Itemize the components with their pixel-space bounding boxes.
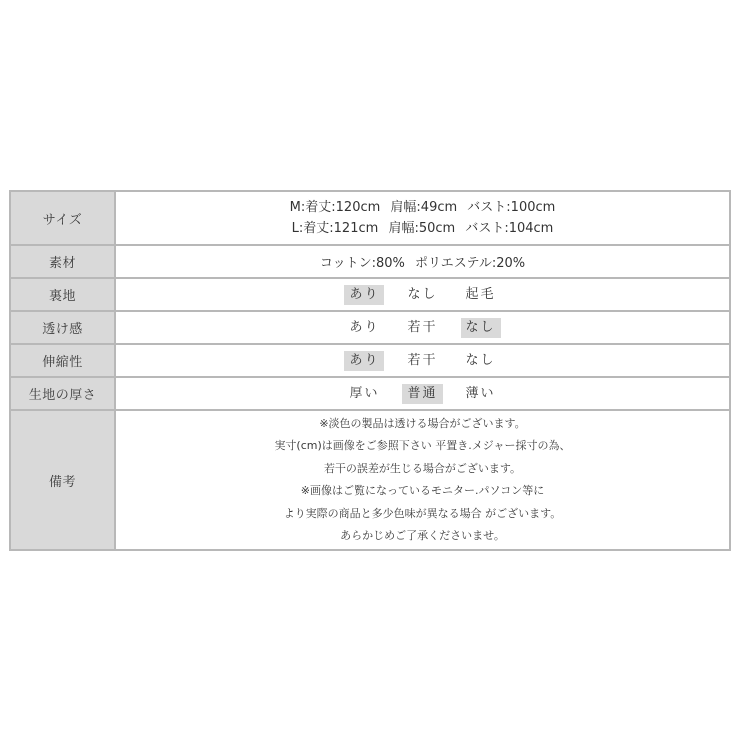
sheerness-option-ari: あり: [344, 318, 384, 338]
size-length-l: L:着丈:121cm: [292, 221, 379, 236]
spec-row-stretch: 伸縮性 あり 若干 なし: [10, 344, 730, 377]
row-label-notes: 備考: [10, 410, 115, 550]
size-shoulder-l: 肩幅:50cm: [388, 221, 455, 236]
size-bust-m: バスト:100cm: [467, 200, 555, 215]
size-line-l: L:着丈:121cm 肩幅:50cm バスト:104cm: [116, 218, 729, 239]
notes-line: 若干の誤差が生じる場合がございます。: [116, 458, 729, 481]
size-line-m: M:着丈:120cm 肩幅:49cm バスト:100cm: [116, 197, 729, 218]
lining-option-nashi: なし: [402, 285, 442, 305]
sheerness-options: あり 若干 なし: [115, 311, 730, 344]
spec-row-notes: 備考 ※淡色の製品は透ける場合がございます。 実寸(cm)は画像をご参照下さい …: [10, 410, 730, 550]
spec-row-sheerness: 透け感 あり 若干 なし: [10, 311, 730, 344]
material-values: コットン:80% ポリエステル:20%: [115, 245, 730, 278]
thickness-option-normal: 普通: [402, 384, 442, 404]
stretch-option-ari: あり: [344, 351, 384, 371]
size-shoulder-m: 肩幅:49cm: [390, 200, 457, 215]
lining-option-brushed: 起毛: [461, 285, 501, 305]
size-bust-l: バスト:104cm: [465, 221, 553, 236]
thickness-options: 厚い 普通 薄い: [115, 377, 730, 410]
notes-line: 実寸(cm)は画像をご参照下さい 平置き.メジャー採寸の為、: [116, 435, 729, 458]
row-label-lining: 裏地: [10, 278, 115, 311]
lining-options: あり なし 起毛: [115, 278, 730, 311]
sheerness-option-nashi: なし: [461, 318, 501, 338]
row-label-size: サイズ: [10, 191, 115, 245]
notes-line: より実際の商品と多少色味が異なる場合 がございます。: [116, 503, 729, 526]
spec-row-size: サイズ M:着丈:120cm 肩幅:49cm バスト:100cm L:着丈:12…: [10, 191, 730, 245]
thickness-option-thick: 厚い: [344, 384, 384, 404]
product-spec-table: サイズ M:着丈:120cm 肩幅:49cm バスト:100cm L:着丈:12…: [9, 190, 731, 551]
notes-line: あらかじめご了承くださいませ。: [116, 525, 729, 548]
row-label-stretch: 伸縮性: [10, 344, 115, 377]
size-length-m: M:着丈:120cm: [290, 200, 381, 215]
row-label-material: 素材: [10, 245, 115, 278]
row-label-thickness: 生地の厚さ: [10, 377, 115, 410]
stretch-options: あり 若干 なし: [115, 344, 730, 377]
spec-row-material: 素材 コットン:80% ポリエステル:20%: [10, 245, 730, 278]
stretch-option-nashi: なし: [461, 351, 501, 371]
notes-text: ※淡色の製品は透ける場合がございます。 実寸(cm)は画像をご参照下さい 平置き…: [115, 410, 730, 550]
sheerness-option-slight: 若干: [402, 318, 442, 338]
size-values: M:着丈:120cm 肩幅:49cm バスト:100cm L:着丈:121cm …: [115, 191, 730, 245]
spec-row-thickness: 生地の厚さ 厚い 普通 薄い: [10, 377, 730, 410]
notes-line: ※淡色の製品は透ける場合がございます。: [116, 413, 729, 436]
stretch-option-slight: 若干: [402, 351, 442, 371]
spec-row-lining: 裏地 あり なし 起毛: [10, 278, 730, 311]
notes-line: ※画像はご覧になっているモニター.パソコン等に: [116, 480, 729, 503]
material-polyester: ポリエステル:20%: [415, 256, 525, 271]
thickness-option-thin: 薄い: [461, 384, 501, 404]
material-cotton: コットン:80%: [320, 256, 405, 271]
row-label-sheerness: 透け感: [10, 311, 115, 344]
lining-option-ari: あり: [344, 285, 384, 305]
